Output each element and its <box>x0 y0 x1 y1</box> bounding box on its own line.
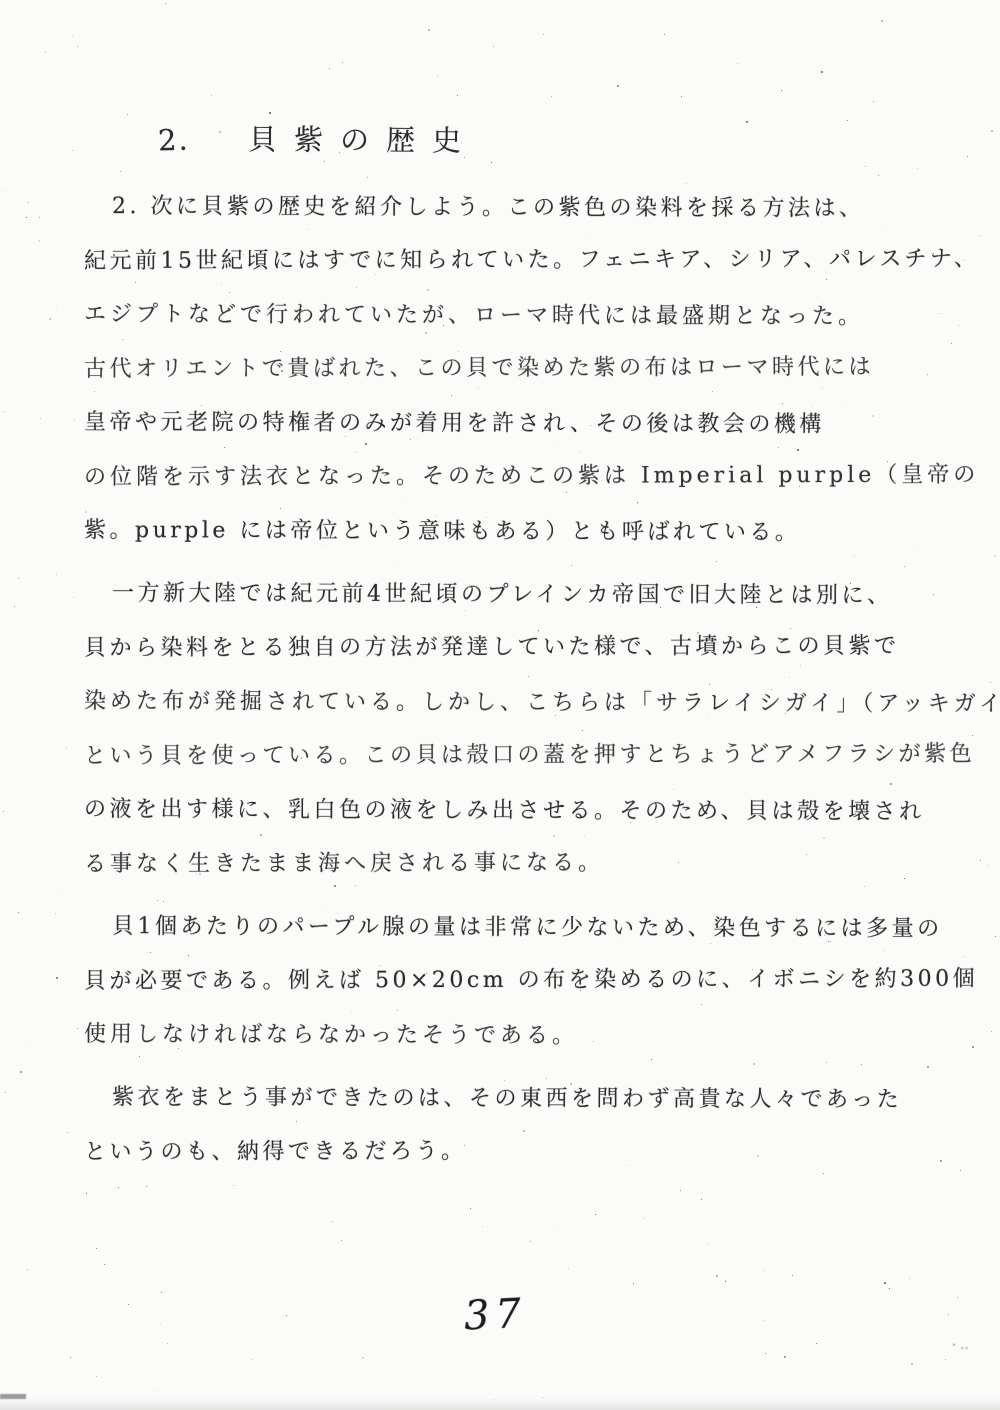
handwritten-line: の位階を示す法衣となった。そのためこの紫は Imperial purple（皇帝… <box>84 449 964 505</box>
body-text: 2. 次に貝紫の歴史を紹介しよう。この紫色の染料を採る方法は、 紀元前15世紀頃… <box>84 180 964 1188</box>
page-number: 37 <box>463 1290 528 1339</box>
handwritten-line: 貝1個あたりのパープル腺の量は非常に少ないため、染色するには多量の <box>84 900 964 957</box>
handwritten-line: 一方新大陸では紀元前4世紀頃のプレインカ帝国で旧大陸とは別に、 <box>84 567 964 624</box>
handwritten-line: 染めた布が発掘されている。しかし、こちらは「サラレイシガイ」（アッキガイ科） <box>84 675 964 732</box>
handwritten-line: 貝から染料をとる独自の方法が発達していた様で、古墳からこの貝紫で <box>84 620 964 676</box>
handwritten-line: というのも、納得できるだろう。 <box>84 1124 964 1180</box>
section-number: 2. <box>157 122 190 157</box>
handwritten-line: る事なく生きたまま海へ戻される事になる。 <box>84 836 964 892</box>
paragraph: 貝1個あたりのパープル腺の量は非常に少ないため、染色するには多量の 貝が必要であ… <box>84 900 964 1062</box>
paragraph: 紫衣をまとう事ができたのは、その東西を問わず高貴な人々であった というのも、納得… <box>84 1071 964 1179</box>
paragraph: 一方新大陸では紀元前4世紀頃のプレインカ帝国で旧大陸とは別に、 貝から染料をとる… <box>84 567 964 891</box>
scanned-document-page: 2. 貝紫の歴史 2. 次に貝紫の歴史を紹介しよう。この紫色の染料を採る方法は、… <box>0 0 1000 1410</box>
handwritten-line: の液を出す様に、乳白色の液をしみ出させる。そのため、貝は殻を壊され <box>84 783 964 840</box>
scan-noise-specks <box>0 0 1 1</box>
section-title: 貝紫の歴史 <box>248 117 478 159</box>
handwritten-line: エジプトなどで行われていたが、ローマ時代には最盛期となった。 <box>84 288 964 345</box>
handwritten-line: という貝を使っている。この貝は殻口の蓋を押すとちょうどアメフラシが紫色 <box>84 728 964 784</box>
handwritten-line: 紫。purple には帝位という意味もある）とも呼ばれている。 <box>84 504 964 561</box>
handwritten-line: 皇帝や元老院の特権者のみが着用を許され、その後は教会の機構 <box>84 396 964 453</box>
handwritten-line: 古代オリエントで貴ばれた、この貝で染めた紫の布はローマ時代には <box>84 341 964 397</box>
section-heading: 2. 貝紫の歴史 <box>158 118 478 159</box>
handwritten-line: 紫衣をまとう事ができたのは、その東西を問わず高貴な人々であった <box>84 1071 964 1128</box>
handwritten-line: 紀元前15世紀頃にはすでに知られていた。フェニキア、シリア、パレスチナ、 <box>84 233 964 289</box>
scan-edge-shadow <box>0 1398 1000 1410</box>
paragraph: 2. 次に貝紫の歴史を紹介しよう。この紫色の染料を採る方法は、 紀元前15世紀頃… <box>84 180 964 558</box>
scan-artifact-dots: ·‥ <box>952 1338 973 1353</box>
handwritten-line: 2. 次に貝紫の歴史を紹介しよう。この紫色の染料を採る方法は、 <box>84 180 964 237</box>
scan-noise-specks <box>0 0 2 2</box>
handwritten-line: 貝が必要である。例えば 50×20cm の布を染めるのに、イボニシを約300個 <box>84 953 964 1009</box>
handwritten-line: 使用しなければならなかったそうである。 <box>84 1008 964 1065</box>
